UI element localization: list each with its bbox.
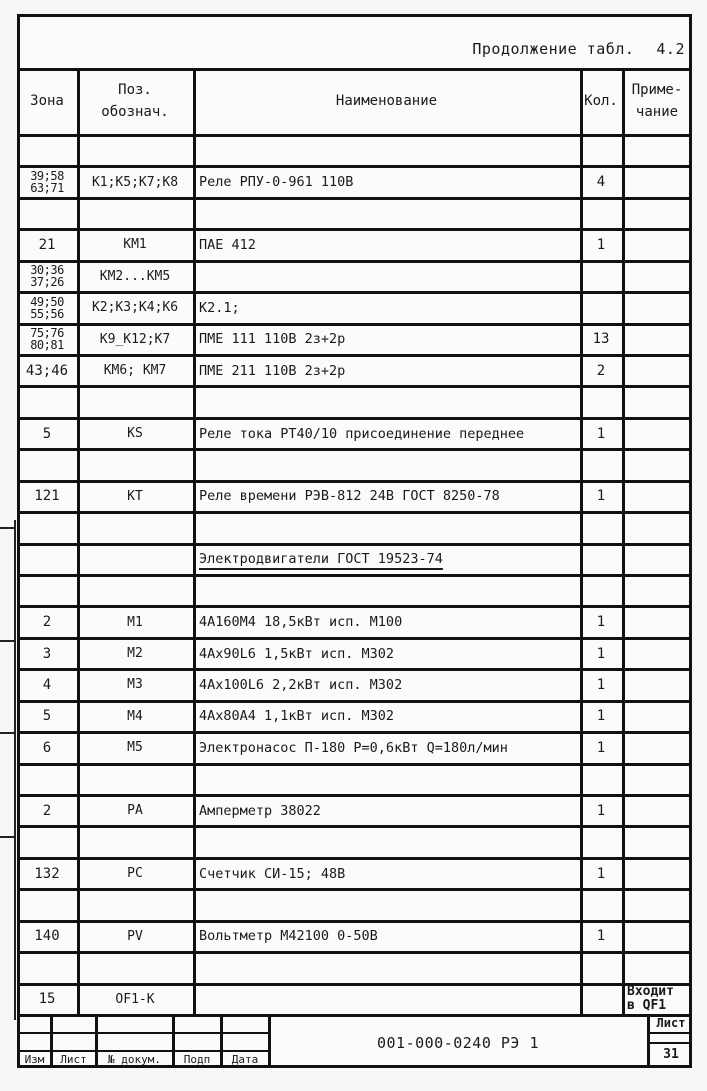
quantity-cell [580, 387, 622, 416]
position-cell: K2;K3;K4;K6 [77, 293, 193, 322]
document-code: 001-000-0240 РЭ 1 [270, 1034, 646, 1052]
zone-cell [17, 387, 77, 416]
header-note: Приме-чание [622, 68, 692, 134]
position-cell: M1 [77, 607, 193, 636]
table-caption: Продолжение табл.4.2 [472, 40, 685, 58]
caption-text: Продолжение табл. [472, 40, 634, 58]
quantity-cell: 1 [580, 482, 622, 511]
position-cell: M2 [77, 639, 193, 668]
position-cell [77, 576, 193, 605]
name-cell: 4Ах80А4 1,1кВт исп. М302 [193, 702, 580, 731]
zone-cell [17, 576, 77, 605]
name-cell [193, 387, 580, 416]
position-cell: M4 [77, 702, 193, 731]
note-cell [622, 796, 692, 825]
position-cell: M3 [77, 670, 193, 699]
header-note-text: Приме- [632, 79, 683, 101]
margin-tick [0, 732, 16, 734]
position-cell: K9_K12;K7 [77, 325, 193, 354]
note-cell [622, 765, 692, 794]
note-cell [622, 545, 692, 574]
margin-tick [0, 640, 16, 642]
quantity-cell [580, 293, 622, 322]
note-cell [622, 670, 692, 699]
quantity-cell [580, 513, 622, 542]
zone-cell: 140 [17, 922, 77, 951]
note-cell [622, 576, 692, 605]
note-cell [622, 419, 692, 448]
quantity-cell: 1 [580, 670, 622, 699]
header-quantity: Кол. [580, 68, 622, 134]
zone-cell [17, 136, 77, 165]
quantity-cell: 2 [580, 356, 622, 385]
note-cell [622, 356, 692, 385]
position-cell [77, 545, 193, 574]
note-cell: Входитв QF1 [625, 985, 692, 1014]
position-cell: KT [77, 482, 193, 511]
sheet-cell-rule [647, 1042, 692, 1044]
name-cell: 4Ах90L6 1,5кВт исп. М302 [193, 639, 580, 668]
position-cell: PC [77, 859, 193, 888]
title-block-column-rule [268, 1014, 271, 1068]
quantity-cell [580, 765, 622, 794]
quantity-cell [580, 262, 622, 291]
title-block-label: № докум. [98, 1053, 171, 1066]
zone-cell: 39;5863;71 [17, 167, 77, 196]
note-cell [622, 230, 692, 259]
margin-tick [0, 527, 16, 529]
zone-cell: 5 [17, 419, 77, 448]
note-cell [622, 199, 692, 228]
name-cell [193, 262, 580, 291]
name-cell: ПМЕ 211 110В 2з+2р [193, 356, 580, 385]
table-number: 4.2 [656, 40, 685, 58]
quantity-cell [580, 450, 622, 479]
header-name: Наименование [193, 68, 580, 134]
note-cell [622, 827, 692, 856]
note-cell [622, 325, 692, 354]
zone-cell: 121 [17, 482, 77, 511]
position-cell [77, 199, 193, 228]
name-cell [193, 827, 580, 856]
quantity-cell [580, 985, 622, 1014]
position-cell [77, 827, 193, 856]
position-cell: KM6; KM7 [77, 356, 193, 385]
document-page: Продолжение табл.4.2 001-000-0240 РЭ 1 Л… [0, 0, 707, 1091]
position-cell [77, 513, 193, 542]
section-heading: Электродвигатели ГОСТ 19523-74 [193, 545, 580, 574]
note-cell [622, 167, 692, 196]
name-cell: K2.1; [193, 293, 580, 322]
margin-binding-line [14, 520, 16, 1020]
name-cell: ПАЕ 412 [193, 230, 580, 259]
quantity-cell [580, 827, 622, 856]
title-block-label: Дата [223, 1053, 267, 1066]
position-cell: KM2...KM5 [77, 262, 193, 291]
name-cell: ПМЕ 111 110В 2з+2р [193, 325, 580, 354]
position-cell [77, 387, 193, 416]
note-cell [622, 482, 692, 511]
quantity-cell: 1 [580, 796, 622, 825]
quantity-cell: 1 [580, 922, 622, 951]
zone-cell [17, 450, 77, 479]
zone-cell [17, 765, 77, 794]
name-cell [193, 136, 580, 165]
note-cell [622, 607, 692, 636]
position-cell: PV [77, 922, 193, 951]
name-cell: Реле РПУ-0-961 110В [193, 167, 580, 196]
zone-cell [17, 545, 77, 574]
zone-line-2: 37;26 [30, 276, 64, 288]
zone-cell: 3 [17, 639, 77, 668]
zone-cell: 2 [17, 607, 77, 636]
quantity-cell: 1 [580, 230, 622, 259]
note-cell [622, 450, 692, 479]
sheet-label: Лист [650, 1016, 692, 1030]
zone-line-2: 55;56 [30, 308, 64, 320]
zone-cell: 15 [17, 985, 77, 1014]
zone-cell [17, 890, 77, 919]
position-cell: KM1 [77, 230, 193, 259]
zone-cell: 132 [17, 859, 77, 888]
header-position: Поз.обознач. [77, 68, 193, 134]
header-quantity-text: Кол. [584, 90, 618, 112]
note-cell [622, 639, 692, 668]
name-cell [193, 576, 580, 605]
sheet-cell-rule [647, 1032, 692, 1034]
zone-cell: 2 [17, 796, 77, 825]
zone-cell: 75;7680;81 [17, 325, 77, 354]
name-cell [193, 953, 580, 982]
zone-cell [17, 953, 77, 982]
zone-cell [17, 513, 77, 542]
note-cell [622, 953, 692, 982]
name-cell [193, 890, 580, 919]
title-block-label: Лист [53, 1053, 94, 1066]
position-cell [77, 953, 193, 982]
zone-cell: 4 [17, 670, 77, 699]
position-cell: M5 [77, 733, 193, 762]
header-zone-text: Зона [30, 90, 64, 112]
name-cell: Счетчик СИ-15; 48В [193, 859, 580, 888]
note-cell [622, 136, 692, 165]
title-block-label: Подп [175, 1053, 219, 1066]
name-cell: 4А160М4 18,5кВт исп. М100 [193, 607, 580, 636]
quantity-cell: 1 [580, 607, 622, 636]
name-cell [193, 985, 580, 1014]
position-cell [77, 136, 193, 165]
margin-tick [0, 836, 16, 838]
position-cell: PA [77, 796, 193, 825]
note-cell [622, 513, 692, 542]
name-cell: Электронасос П-180 Р=0,6кВт Q=180л/мин [193, 733, 580, 762]
name-cell: Вольтметр М42100 0-50В [193, 922, 580, 951]
note-line-1: Входит [627, 985, 674, 999]
title-block-rule [17, 1032, 268, 1034]
row-rule [17, 1014, 692, 1017]
name-cell: Амперметр 38022 [193, 796, 580, 825]
name-cell: Реле тока РТ40/10 присоединение переднее [193, 419, 580, 448]
note-cell [622, 859, 692, 888]
position-cell: K1;K5;K7;K8 [77, 167, 193, 196]
note-cell [622, 702, 692, 731]
zone-cell: 5 [17, 702, 77, 731]
position-cell [77, 765, 193, 794]
sheet-number: 31 [650, 1047, 692, 1062]
title-block-rule [17, 1050, 268, 1052]
quantity-cell [580, 136, 622, 165]
name-cell [193, 513, 580, 542]
header-position-text: обознач. [101, 101, 168, 123]
zone-cell: 21 [17, 230, 77, 259]
zone-cell: 43;46 [17, 356, 77, 385]
quantity-cell: 13 [580, 325, 622, 354]
quantity-cell: 1 [580, 702, 622, 731]
quantity-cell [580, 199, 622, 228]
quantity-cell: 1 [580, 859, 622, 888]
position-cell [77, 450, 193, 479]
quantity-cell: 4 [580, 167, 622, 196]
header-position-text: Поз. [118, 79, 152, 101]
header-zone: Зона [17, 68, 77, 134]
quantity-cell: 1 [580, 639, 622, 668]
note-cell [622, 922, 692, 951]
note-cell [622, 387, 692, 416]
header-name-text: Наименование [336, 90, 437, 112]
title-block-label: Изм [20, 1053, 49, 1066]
zone-cell: 6 [17, 733, 77, 762]
position-cell: KS [77, 419, 193, 448]
name-cell: Реле времени РЭВ-812 24В ГОСТ 8250-78 [193, 482, 580, 511]
position-cell [77, 890, 193, 919]
note-cell [622, 293, 692, 322]
quantity-cell [580, 545, 622, 574]
zone-cell [17, 199, 77, 228]
header-note-text: чание [636, 101, 678, 123]
quantity-cell: 1 [580, 733, 622, 762]
note-cell [622, 733, 692, 762]
zone-line-2: 63;71 [30, 182, 64, 194]
note-line-2: в QF1 [627, 999, 666, 1013]
name-cell [193, 765, 580, 794]
sheet-cell-rule [647, 1014, 650, 1068]
zone-cell: 30;3637;26 [17, 262, 77, 291]
name-cell: 4Ах100L6 2,2кВт исп. М302 [193, 670, 580, 699]
zone-cell [17, 827, 77, 856]
quantity-cell: 1 [580, 419, 622, 448]
quantity-cell [580, 576, 622, 605]
name-cell [193, 199, 580, 228]
name-cell [193, 450, 580, 479]
note-cell [622, 890, 692, 919]
position-cell: OF1-K [77, 985, 193, 1014]
note-cell [622, 262, 692, 291]
zone-cell: 49;5055;56 [17, 293, 77, 322]
quantity-cell [580, 890, 622, 919]
zone-line-2: 80;81 [30, 339, 64, 351]
quantity-cell [580, 953, 622, 982]
